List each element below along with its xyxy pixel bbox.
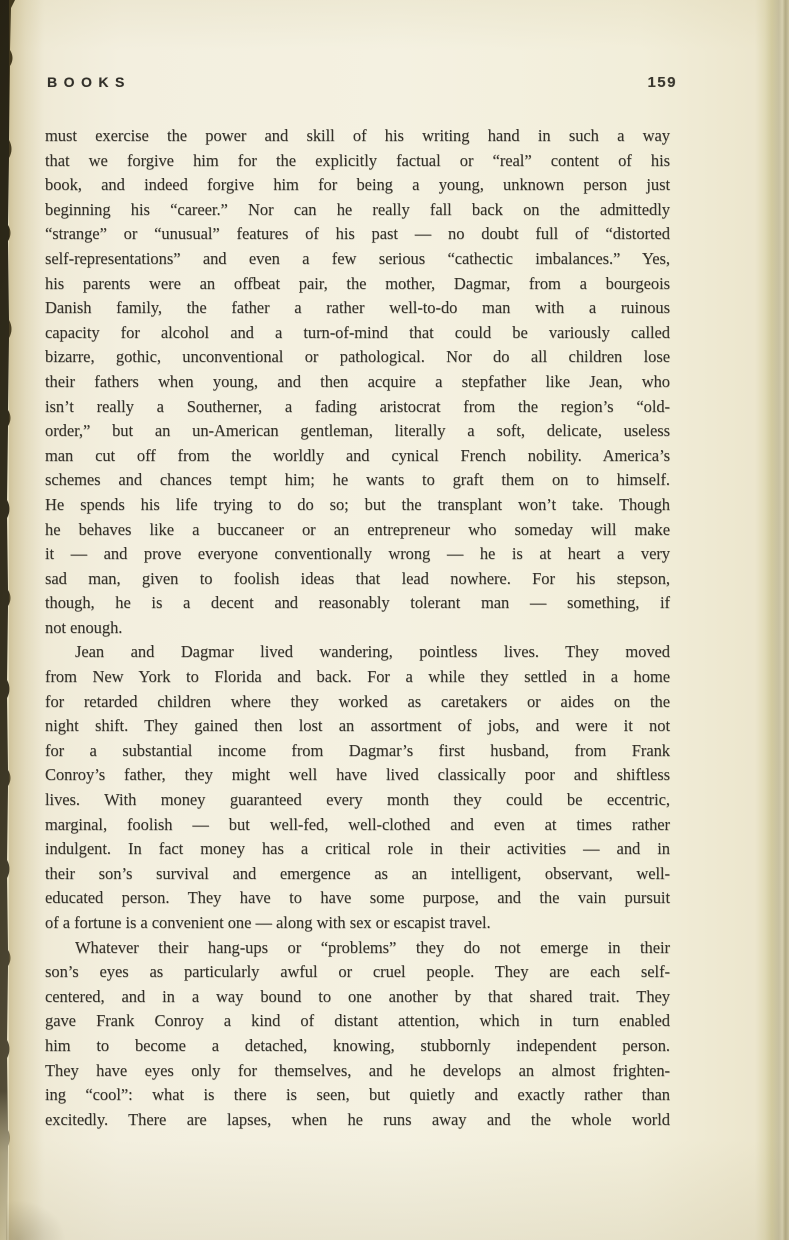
paragraph: Jean and Dagmar lived wandering, pointle… <box>45 640 670 935</box>
running-header: BOOKS <box>47 74 131 90</box>
text-line: it — and prove everyone conventionally w… <box>45 542 670 567</box>
text-line: not enough. <box>45 616 670 641</box>
paragraph: Whatever their hang-ups or “problems” th… <box>45 936 670 1133</box>
text-line: beginning his “career.” Nor can he reall… <box>45 198 670 223</box>
text-line: self-representations” and even a few ser… <box>45 247 670 272</box>
text-line: son’s eyes as particularly awful or crue… <box>45 960 670 985</box>
text-line: must exercise the power and skill of his… <box>45 124 670 149</box>
text-line: He spends his life trying to do so; but … <box>45 493 670 518</box>
text-line: for retarded children where they worked … <box>45 690 670 715</box>
text-line: though, he is a decent and reasonably to… <box>45 591 670 616</box>
text-line: excitedly. There are lapses, when he run… <box>45 1108 670 1133</box>
text-line: ing “cool”: what is there is seen, but q… <box>45 1083 670 1108</box>
book-page-scan: BOOKS 159 must exercise the power and sk… <box>0 0 789 1240</box>
text-line: for a substantial income from Dagmar’s f… <box>45 739 670 764</box>
text-line: that we forgive him for the explicitly f… <box>45 149 670 174</box>
text-line: Jean and Dagmar lived wandering, pointle… <box>45 640 670 665</box>
text-line: night shift. They gained then lost an as… <box>45 714 670 739</box>
text-line: Danish family, the father a rather well-… <box>45 296 670 321</box>
text-line: Conroy’s father, they might well have li… <box>45 763 670 788</box>
text-line: bizarre, gothic, unconventional or patho… <box>45 345 670 370</box>
text-line: of a fortune is a convenient one — along… <box>45 911 670 936</box>
text-line: order,” but an un-American gentleman, li… <box>45 419 670 444</box>
text-line: from New York to Florida and back. For a… <box>45 665 670 690</box>
page-number: 159 <box>647 74 677 91</box>
paragraph: must exercise the power and skill of his… <box>45 124 670 640</box>
text-line: They have eyes only for themselves, and … <box>45 1059 670 1084</box>
text-line: their fathers when young, and then acqui… <box>45 370 670 395</box>
text-line: educated person. They have to have some … <box>45 886 670 911</box>
text-line: book, and indeed forgive him for being a… <box>45 173 670 198</box>
text-line: centered, and in a way bound to one anot… <box>45 985 670 1010</box>
text-line: gave Frank Conroy a kind of distant atte… <box>45 1009 670 1034</box>
binding-edge <box>0 0 16 1240</box>
text-line: sad man, given to foolish ideas that lea… <box>45 567 670 592</box>
text-line: capacity for alcohol and a turn-of-mind … <box>45 321 670 346</box>
text-line: isn’t really a Southerner, a fading aris… <box>45 395 670 420</box>
text-line: indulgent. In fact money has a critical … <box>45 837 670 862</box>
text-line: “strange” or “unusual” features of his p… <box>45 222 670 247</box>
page-header: BOOKS 159 <box>47 74 677 91</box>
text-line: lives. With money guaranteed every month… <box>45 788 670 813</box>
text-line: his parents were an offbeat pair, the mo… <box>45 272 670 297</box>
text-line: man cut off from the worldly and cynical… <box>45 444 670 469</box>
text-line: their son’s survival and emergence as an… <box>45 862 670 887</box>
text-line: schemes and chances tempt him; he wants … <box>45 468 670 493</box>
text-line: marginal, foolish — but well-fed, well-c… <box>45 813 670 838</box>
body-text: must exercise the power and skill of his… <box>45 124 670 1132</box>
text-line: Whatever their hang-ups or “problems” th… <box>45 936 670 961</box>
text-line: him to become a detached, knowing, stubb… <box>45 1034 670 1059</box>
page-right-edge <box>765 0 789 1240</box>
text-line: he behaves like a buccaneer or an entrep… <box>45 518 670 543</box>
